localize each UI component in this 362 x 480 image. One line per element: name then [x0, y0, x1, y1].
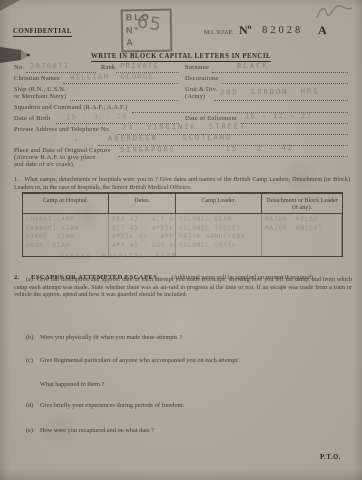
surname-label: Surname — [185, 64, 209, 71]
item-a-block: (a) Give full description and approx. da… — [14, 276, 352, 299]
rank-label: Rank — [101, 64, 115, 71]
table-note-below: TARSAO HOSPITAL SIAM — [60, 251, 177, 260]
item-c-label: (c) — [26, 357, 33, 364]
christian-names-value: WILLIAM GEORGE — [70, 73, 154, 82]
handwritten-block-number: 65 — [136, 11, 164, 36]
item-e-text: How were you recaptured and on what date… — [40, 427, 154, 434]
capture-label-line3: and date of a/c crash). — [14, 161, 75, 168]
pencil-object — [0, 46, 32, 64]
item-b-label: (b) — [26, 334, 33, 341]
address-ditto-mark: " — [74, 138, 80, 146]
unit-value: 2ND GORDON HRS — [220, 87, 320, 96]
table-header-camp: Camp or Hospital. — [23, 194, 109, 214]
scanned-pow-questionnaire-form: CONFIDENTIAL BLO Nº A 65 M.I. 9/JAP. Nº … — [0, 0, 362, 480]
instruction-banner-wrap: WRITE IN BLOCK CAPITAL LETTERS IN PENCIL — [0, 45, 362, 63]
ship-label-line2: or Merchant Navy) — [14, 93, 66, 100]
dob-value: 15 - 1 - 19 — [66, 113, 128, 122]
question1-text: What camps, detachments or hospitals wer… — [14, 176, 350, 191]
pto-marking: P.T.O. — [320, 454, 341, 461]
serial-no-symbol: Nº — [239, 23, 252, 38]
christian-names-label: Christian Names — [14, 75, 60, 82]
form-reference: M.I. 9/JAP. — [204, 30, 233, 37]
surname-value: BLACK — [237, 62, 269, 70]
dob-label: Date of Birth — [14, 115, 50, 122]
item-a-label: (a) — [26, 276, 33, 283]
enlistment-value: 16 — 12 — 27 — [245, 112, 312, 121]
address-value-line2: ABERDEEN SCOTLAND — [108, 133, 232, 142]
address-label: Private Address and Telephone No. — [14, 126, 111, 133]
item-e-label: (e) — [26, 427, 33, 434]
table-col-leader-entries: COLONEL DEANCOLONEL TOOSEYMAJOR SANDERSO… — [176, 214, 262, 256]
enlistment-label: Date of Enlistment — [185, 115, 237, 122]
no-label: No. — [14, 64, 24, 71]
serial-number: 82028 — [262, 25, 303, 36]
item-b-text: Were you physically fit when you made th… — [40, 334, 182, 341]
scan-corner-shadow — [0, 0, 20, 11]
table-header-dates: Dates. — [109, 194, 176, 214]
table-col-block-entries: MAJOR KELSOMAJOR KNIGHT — [262, 214, 342, 256]
item-c-text: Give Regimental particulars of anyone wh… — [40, 357, 239, 364]
pencil-scribble — [314, 2, 358, 22]
series-letter: A — [318, 23, 327, 38]
item-a-text: Give full description and approx. date o… — [14, 276, 352, 298]
table-col-camp-entries: CHANGI CAMPKANBURI SIAMNIKHE SIAMUBON SI… — [23, 214, 109, 256]
address-value-line1: 24 VIRGINIA STREET — [122, 122, 246, 131]
item-c-followup: What happened to them ? — [40, 381, 104, 388]
item-d-label: (d) — [26, 402, 33, 409]
unit-label-line2: (Army) — [185, 93, 205, 100]
decorations-label: Decorations — [185, 75, 218, 82]
squadron-label: Squadron and Command (R.A.F., A.A.F.) — [14, 104, 127, 111]
table-col-dates-entries: FEB 42 - OCT 42OCT 42 - APRIL 43APRIL 43… — [109, 214, 176, 256]
confidential-marking: CONFIDENTIAL — [13, 28, 72, 37]
item-d-text: Give briefly your experiences during per… — [40, 402, 184, 409]
table-header-block-leader: Detachment or Block Leader (if any). — [262, 194, 342, 214]
question1-text-block: 1. What camps, detachments or hospitals … — [14, 176, 350, 191]
camps-table: Camp or Hospital. Dates. Camp Leader. De… — [22, 192, 343, 257]
instruction-banner: WRITE IN BLOCK CAPITAL LETTERS IN PENCIL — [91, 53, 271, 62]
no-value: 2876071 — [30, 62, 69, 70]
table-header-leader: Camp Leader. — [176, 194, 262, 214]
rank-value: PRIVATE — [120, 62, 159, 70]
question1-number: 1. — [14, 176, 19, 183]
